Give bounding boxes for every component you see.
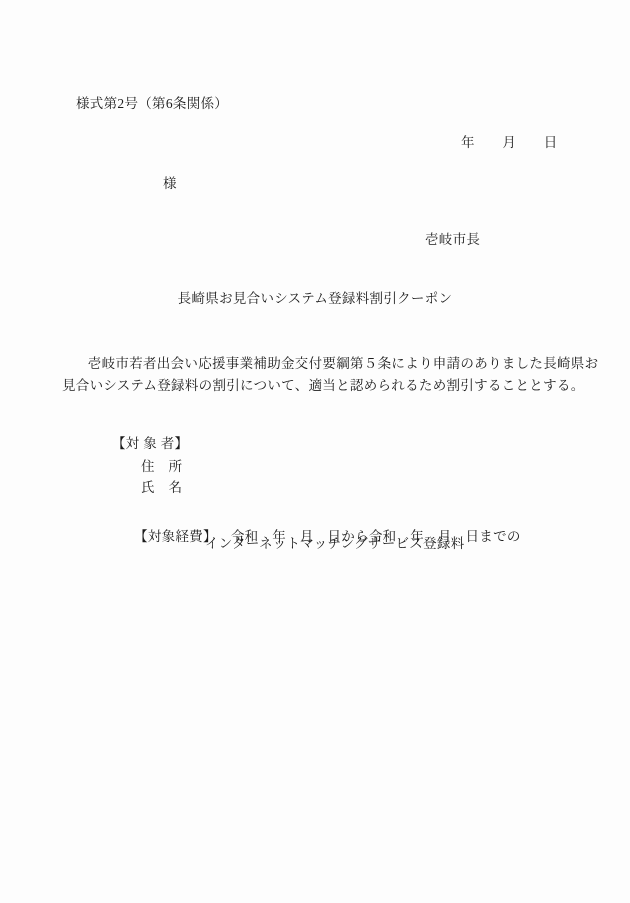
- document-title: 長崎県お見合いシステム登録料割引クーポン: [0, 292, 630, 306]
- sender-title: 壱岐市長: [425, 233, 480, 247]
- address-label: 住 所: [141, 460, 182, 474]
- addressee-suffix: 様: [163, 177, 177, 191]
- body-line: 見合いシステム登録料の割引について、適当と認められるため割引することとする。: [62, 379, 585, 393]
- form-number: 様式第2号（第6条関係）: [76, 97, 228, 111]
- target-section-heading: 【対 象 者】: [112, 437, 188, 451]
- expense-item-line: インターネットマッチングサービス登録料: [205, 537, 465, 551]
- name-label: 氏 名: [141, 481, 182, 495]
- document-page: 様式第2号（第6条関係） 年 月 日 様 壱岐市長 長崎県お見合いシステム登録料…: [0, 0, 630, 903]
- body-line: 壱岐市若者出会い応援事業補助金交付要綱第５条により申請のありました長崎県お: [62, 357, 598, 371]
- date-blank-line: 年 月 日: [461, 136, 558, 150]
